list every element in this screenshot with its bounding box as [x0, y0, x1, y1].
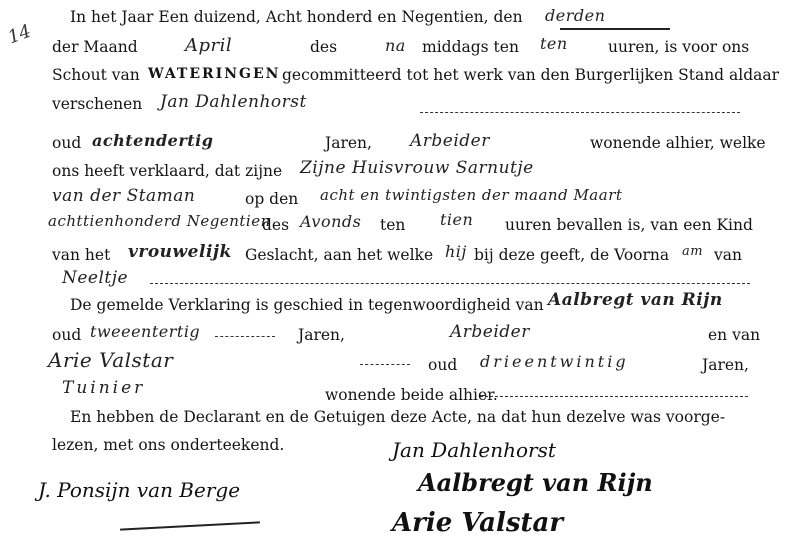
signature-official: J. Ponsijn van Berge [38, 478, 240, 502]
printed-text: Geslacht, aan het welke [245, 246, 433, 264]
printed-text: En hebben de Declarant en de Getuigen de… [70, 408, 725, 426]
printed-text: wonende alhier, welke [590, 134, 766, 152]
handwritten-mother-surname: van der Staman [52, 186, 195, 206]
printed-text: des [262, 216, 289, 234]
fill-line [150, 283, 750, 284]
printed-text: In het Jaar Een duizend, Acht honderd en… [70, 8, 523, 26]
printed-text: ons heeft verklaard, dat zijne [52, 162, 282, 180]
handwritten-month: April [185, 35, 232, 56]
handwritten-witness1-age: tweeentertig [90, 322, 200, 341]
printed-text: oud [52, 326, 81, 344]
printed-text: Jaren, [702, 356, 749, 374]
handwritten-declarant-age: achtendertig [92, 131, 213, 150]
printed-text: uuren bevallen is, van een Kind [505, 216, 753, 234]
printed-text: uuren, is voor ons [608, 38, 749, 56]
fill-line [215, 336, 275, 337]
handwritten-birth-hour: tien [440, 210, 473, 229]
printed-text: wonende beide alhier. [325, 386, 498, 404]
handwritten-declarant-occupation: Arbeider [410, 131, 490, 151]
printed-text: Schout van [52, 66, 140, 84]
printed-text: middags ten [422, 38, 519, 56]
printed-text: De gemelde Verklaring is geschied in teg… [70, 296, 544, 314]
handwritten-declarant-name: Jan Dahlenhorst [160, 92, 307, 112]
printed-text: van het [52, 246, 110, 264]
printed-text: lezen, met ons onderteekend. [52, 436, 284, 454]
fill-line [480, 396, 748, 397]
handwritten-birth-year: achttienhonderd Negentien [48, 212, 271, 230]
signature-witness2: Arie Valstar [392, 508, 563, 538]
printed-text: oud [52, 134, 81, 152]
fill-line [360, 364, 410, 365]
line-1: In het Jaar Een duizend, Acht honderd en… [70, 8, 523, 26]
fill-line [420, 112, 740, 113]
printed-text: des [310, 38, 337, 56]
handwritten-witness1-name: Aalbregt van Rijn [548, 290, 723, 310]
civil-birth-record: 14 In het Jaar Een duizend, Acht honderd… [0, 0, 800, 558]
signature-witness1: Aalbregt van Rijn [418, 468, 653, 497]
handwritten-suffix: am [682, 244, 703, 259]
printed-text: Jaren, [298, 326, 345, 344]
handwritten-hour: ten [540, 34, 568, 53]
handwritten-day: derden [545, 6, 605, 25]
handwritten-wife-description: Zijne Huisvrouw Sarnutje [300, 158, 534, 178]
signature-flourish [120, 521, 260, 530]
printed-text: bij deze geeft, de Voorna [474, 246, 669, 264]
handwritten-birth-date: acht en twintigsten der maand Maart [320, 186, 622, 204]
printed-text: op den [245, 190, 298, 208]
printed-text: en van [708, 326, 760, 344]
printed-text: van [714, 246, 742, 264]
handwritten-am-pm: na [385, 36, 406, 55]
signature-declarant: Jan Dahlenhorst [392, 438, 556, 462]
printed-text: ten [380, 216, 405, 234]
handwritten-pronoun: hij [445, 242, 467, 261]
fill-line [560, 28, 670, 30]
handwritten-child-name: Neeltje [62, 268, 128, 288]
handwritten-witness2-occupation: Tuinier [62, 378, 145, 398]
printed-text: der Maand [52, 38, 138, 56]
printed-text: verschenen [52, 95, 142, 113]
handwritten-witness2-name: Arie Valstar [48, 348, 173, 372]
margin-record-number: 14 [5, 21, 34, 49]
handwritten-witness1-occupation: Arbeider [450, 322, 530, 342]
handwritten-time-of-day: Avonds [300, 212, 361, 231]
printed-text: gecommitteerd tot het werk van den Burge… [282, 66, 779, 84]
handwritten-witness2-age: drieentwintig [480, 352, 629, 371]
printed-text: oud [428, 356, 457, 374]
handwritten-child-sex: vrouwelijk [128, 242, 232, 262]
municipality-name: Wateringen [148, 66, 280, 82]
printed-text: Jaren, [325, 134, 372, 152]
